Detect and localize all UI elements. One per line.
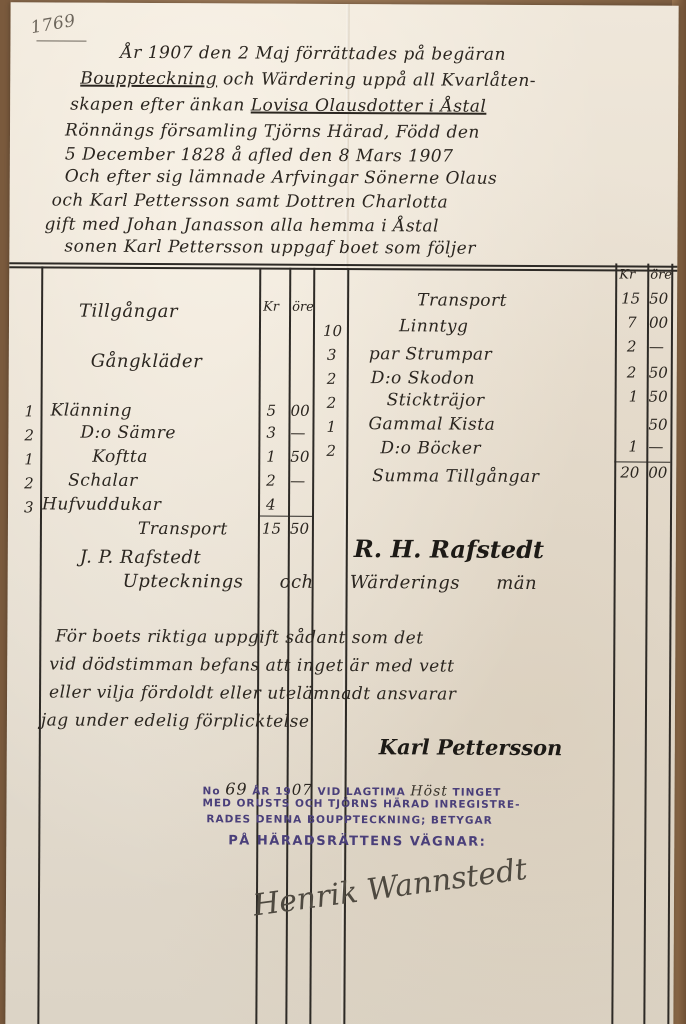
row-ore: — — [649, 338, 664, 356]
estate-inventory-document: 1769 År 1907 den 2 Maj förrättades på be… — [5, 2, 678, 1024]
row-item: Linntyg — [399, 316, 469, 336]
table-row: 3 par Strumpar 2 — — [11, 2, 679, 5]
row-item: D:o Sämre — [80, 423, 176, 444]
row-kr: 3 — [266, 424, 276, 442]
row-ore: 50 — [648, 416, 667, 434]
row-qty: 2 — [327, 394, 337, 412]
intro-line-1: År 1907 den 2 Maj förrättades på begäran — [120, 43, 506, 65]
row-kr: 1 — [628, 437, 638, 455]
row-item: Gammal Kista — [368, 414, 495, 435]
total-label: Summa Tillgångar — [372, 466, 539, 487]
intro-line-3: skapen efter änkan Lovisa Olausdotter i … — [70, 95, 486, 117]
assets-title: Tillgångar — [79, 301, 178, 323]
stamp-text-end: TINGET — [453, 787, 502, 799]
underlined-bouppteckning: Bouppteckning — [80, 69, 217, 90]
right-kr-column-rule — [611, 263, 617, 1024]
court-signature: Henrik Wannstedt — [251, 852, 529, 924]
left-transport-label: Transport — [138, 519, 228, 539]
intro-line-4: Rönnängs församling Tjörns Härad, Född d… — [65, 121, 480, 143]
table-row: 2 D:o Böcker 1 — — [11, 2, 679, 5]
row-qty: 3 — [24, 498, 34, 516]
table-top-rule-double — [9, 266, 677, 271]
row-kr: 2 — [627, 337, 637, 355]
stamp-handwritten-number: 69 — [225, 779, 247, 798]
left-kr-header: Kr — [263, 300, 279, 315]
row-qty: 1 — [326, 418, 336, 436]
row-ore: 50 — [649, 388, 668, 406]
table-row: 2 Schalar 2 — — [11, 2, 679, 5]
archive-number: 1769 — [29, 11, 77, 38]
left-ore-header: öre — [292, 300, 314, 315]
row-item: Klänning — [50, 400, 132, 420]
row-item: Hufvuddukar — [42, 494, 162, 515]
stamp-line-2: MED ORUSTS OCH TJÖRNS HÄRAD INREGISTRE- — [202, 797, 520, 811]
row-kr: 2 — [266, 472, 276, 490]
row-qty: 2 — [327, 370, 337, 388]
right-kr-header: Kr — [619, 267, 635, 282]
intro-line-2: Bouppteckning och Wärdering uppå all Kva… — [80, 69, 536, 91]
appraisers-role: Uptecknings och Wärderings män — [123, 571, 538, 594]
right-ore-header: öre — [650, 268, 672, 283]
left-qty-column-rule — [37, 266, 42, 1024]
table-row: 1 Klänning 5 00 — [11, 2, 679, 5]
oath-line-3: eller vilja fördoldt eller utelämnadt an… — [49, 682, 456, 704]
total-kr: 20 — [620, 463, 639, 481]
appraiser-name-1: J. P. Rafstedt — [80, 547, 202, 569]
row-ore: 00 — [291, 402, 310, 420]
stamp-line-4: PÅ HÄRADSRÄTTENS VÄGNAR: — [228, 833, 486, 849]
row-item: Schalar — [68, 471, 138, 491]
right-assets-table: Kr öre Transport 15 50 10 Linntyg 7 00 3… — [11, 2, 679, 5]
stamp-text: VID LAGTIMA — [317, 786, 405, 798]
declarant-signature: Karl Pettersson — [379, 734, 563, 760]
table-row: 3 Hufvuddukar 4 — [11, 2, 679, 5]
row-item: Stickträjor — [387, 390, 485, 411]
row-kr: 7 — [627, 313, 637, 331]
row-qty: 1 — [24, 402, 34, 420]
left-transport-ore: 50 — [290, 520, 309, 538]
row-qty: 2 — [24, 426, 34, 444]
left-assets-table: Tillgångar Kr öre Gångkläder 1 Klänning … — [11, 2, 679, 5]
table-row: 2 D:o Sämre 3 — — [11, 2, 679, 5]
right-end-column-rule — [667, 264, 673, 1024]
appraisers-block: J. P. Rafstedt R. H. Rafstedt Upteckning… — [11, 2, 679, 5]
underlined-deceased-name: Lovisa Olausdotter i Åstal — [251, 96, 487, 117]
row-ore: — — [290, 424, 305, 442]
stamp-handwritten-year: 07 — [292, 781, 313, 799]
left-transport-kr: 15 — [262, 520, 281, 538]
row-ore: 00 — [649, 314, 668, 332]
right-transport-ore: 50 — [649, 290, 668, 308]
row-qty: 2 — [24, 474, 34, 492]
left-subtotal-rule — [258, 516, 312, 517]
row-item: Koftta — [92, 447, 148, 467]
row-item: D:o Böcker — [380, 438, 481, 459]
oath-line-1: För boets riktiga uppgift sådant som det — [55, 627, 423, 649]
stamp-year-label: ÅR 19 — [252, 786, 292, 798]
row-ore: — — [290, 472, 305, 490]
intro-paragraph: År 1907 den 2 Maj förrättades på begäran… — [11, 2, 679, 5]
stamp-handwritten-session: Höst — [410, 783, 448, 799]
oath-line-4: jag under edelig förplicktelse — [41, 710, 310, 731]
right-transport-label: Transport — [417, 290, 507, 310]
table-row: 2 Stickträjor 1 50 — [11, 2, 679, 5]
oath-line-2: vid dödstimman befans att inget är med v… — [49, 654, 454, 676]
row-kr: 1 — [266, 448, 276, 466]
table-row: 2 D:o Skodon 2 50 — [11, 2, 679, 5]
row-ore: 50 — [290, 448, 309, 466]
total-ore: 00 — [648, 464, 667, 482]
table-row: 10 Linntyg 7 00 — [11, 2, 679, 5]
row-item: D:o Skodon — [371, 368, 475, 389]
row-qty: 2 — [326, 442, 336, 460]
stamp-line-3: RADES DENNA BOUPPTECKNING; BETYGAR — [206, 813, 492, 826]
section-clothing: Gångkläder — [91, 351, 203, 373]
row-kr: 4 — [266, 496, 276, 514]
intro-line-7: och Karl Pettersson samt Dottren Charlot… — [52, 190, 449, 212]
table-row: 1 Koftta 1 50 — [11, 2, 679, 5]
intro-line-5: 5 December 1828 å afled den 8 Mars 1907 — [65, 145, 454, 167]
intro-line-9: sonen Karl Pettersson uppgaf boet som fö… — [64, 237, 476, 259]
court-registration-stamp: No 69 ÅR 1907 VID LAGTIMA Höst TINGET ME… — [11, 2, 679, 5]
stamp-no-label: No — [203, 785, 221, 797]
row-qty: 1 — [24, 450, 34, 468]
right-transport-kr: 15 — [621, 289, 640, 307]
row-ore: — — [648, 438, 663, 456]
row-qty: 10 — [323, 322, 342, 340]
intro-line-6: Och efter sig lämnade Arfvingar Sönerne … — [65, 167, 498, 189]
row-kr: 2 — [627, 363, 637, 381]
appraiser-signature-2: R. H. Rafstedt — [354, 534, 544, 564]
table-row: 1 Gammal Kista 50 — [11, 2, 679, 5]
intro-line-8: gift med Johan Janasson alla hemma i Åst… — [44, 214, 439, 236]
row-qty: 3 — [327, 346, 337, 364]
archive-underline — [36, 40, 86, 41]
row-ore: 50 — [649, 364, 668, 382]
row-kr: 5 — [267, 402, 277, 420]
row-kr: 1 — [629, 387, 639, 405]
oath-paragraph: För boets riktiga uppgift sådant som det… — [11, 2, 679, 5]
row-item: par Strumpar — [369, 344, 492, 365]
